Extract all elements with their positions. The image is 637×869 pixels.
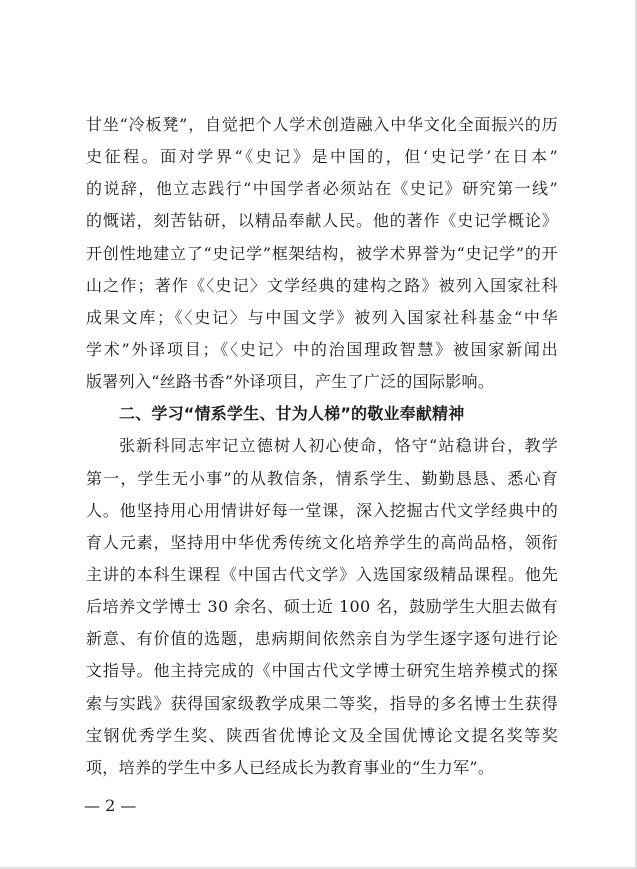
text-line: 文指导。他主持完成的《中国古代文学博士研究生培养模式的探 — [86, 655, 558, 687]
text-line: 学术”外译项目；《〈史记〉中的治国理政智慧》被国家新闻出 — [86, 334, 558, 366]
section-heading: 二、学习“情系学生、甘为人梯”的敬业奉献精神 — [86, 398, 558, 430]
page-number: — 2 — — [84, 796, 136, 815]
text-line: 第一，学生无小事”的从教信条，情系学生、勤勤恳恳、悉心育 — [86, 463, 558, 495]
text-line: 成果文库；《〈史记〉与中国文学》被列入国家社科基金“中华 — [86, 302, 558, 334]
document-body: 甘坐“冷板凳”，自觉把个人学术创造融入中华文化全面振兴的历 史征程。面对学界“《… — [86, 109, 558, 784]
text-line: 史征程。面对学界“《史记》是中国的，但‘史记学’在日本” — [86, 141, 558, 173]
text-line: 育人元素，坚持用中华优秀传统文化培养学生的高尚品格，领衔 — [86, 527, 558, 559]
text-line: 新意、有价值的选题，患病期间依然亲自为学生逐字逐句进行论 — [86, 623, 558, 655]
text-line: 版署列入“丝路书香”外译项目，产生了广泛的国际影响。 — [86, 366, 558, 398]
text-line: 后培养文学博士 30 余名、硕士近 100 名，鼓励学生大胆去做有 — [86, 591, 558, 623]
paragraph-teaching: 张新科同志牢记立德树人初心使命，恪守“站稳讲台，教学 第一，学生无小事”的从教信… — [86, 430, 558, 784]
text-line: 主讲的本科生课程《中国古代文学》入选国家级精品课程。他先 — [86, 559, 558, 591]
paragraph-continued: 甘坐“冷板凳”，自觉把个人学术创造融入中华文化全面振兴的历 史征程。面对学界“《… — [86, 109, 558, 398]
text-line: 张新科同志牢记立德树人初心使命，恪守“站稳讲台，教学 — [86, 430, 558, 462]
text-line: 开创性地建立了“史记学”框架结构，被学术界誉为“史记学”的开 — [86, 238, 558, 270]
text-line: 人。他坚持用心用情讲好每一堂课，深入挖掘古代文学经典中的 — [86, 495, 558, 527]
text-line: 索与实践》获得国家级教学成果二等奖，指导的多名博士生获得 — [86, 688, 558, 720]
text-line: 的说辞，他立志践行“中国学者必须站在《史记》研究第一线” — [86, 173, 558, 205]
text-line: 的慨诺，刻苦钻研，以精品奉献人民。他的著作《史记学概论》 — [86, 205, 558, 237]
text-line: 甘坐“冷板凳”，自觉把个人学术创造融入中华文化全面振兴的历 — [86, 109, 558, 141]
text-line: 山之作；著作《〈史记〉文学经典的建构之路》被列入国家社科 — [86, 270, 558, 302]
text-line: 项，培养的学生中多人已经成长为教育事业的“生力军”。 — [86, 752, 558, 784]
text-line: 宝钢优秀学生奖、陕西省优博论文及全国优博论文提名奖等奖 — [86, 720, 558, 752]
document-page: 甘坐“冷板凳”，自觉把个人学术创造融入中华文化全面振兴的历 史征程。面对学界“《… — [0, 0, 637, 869]
